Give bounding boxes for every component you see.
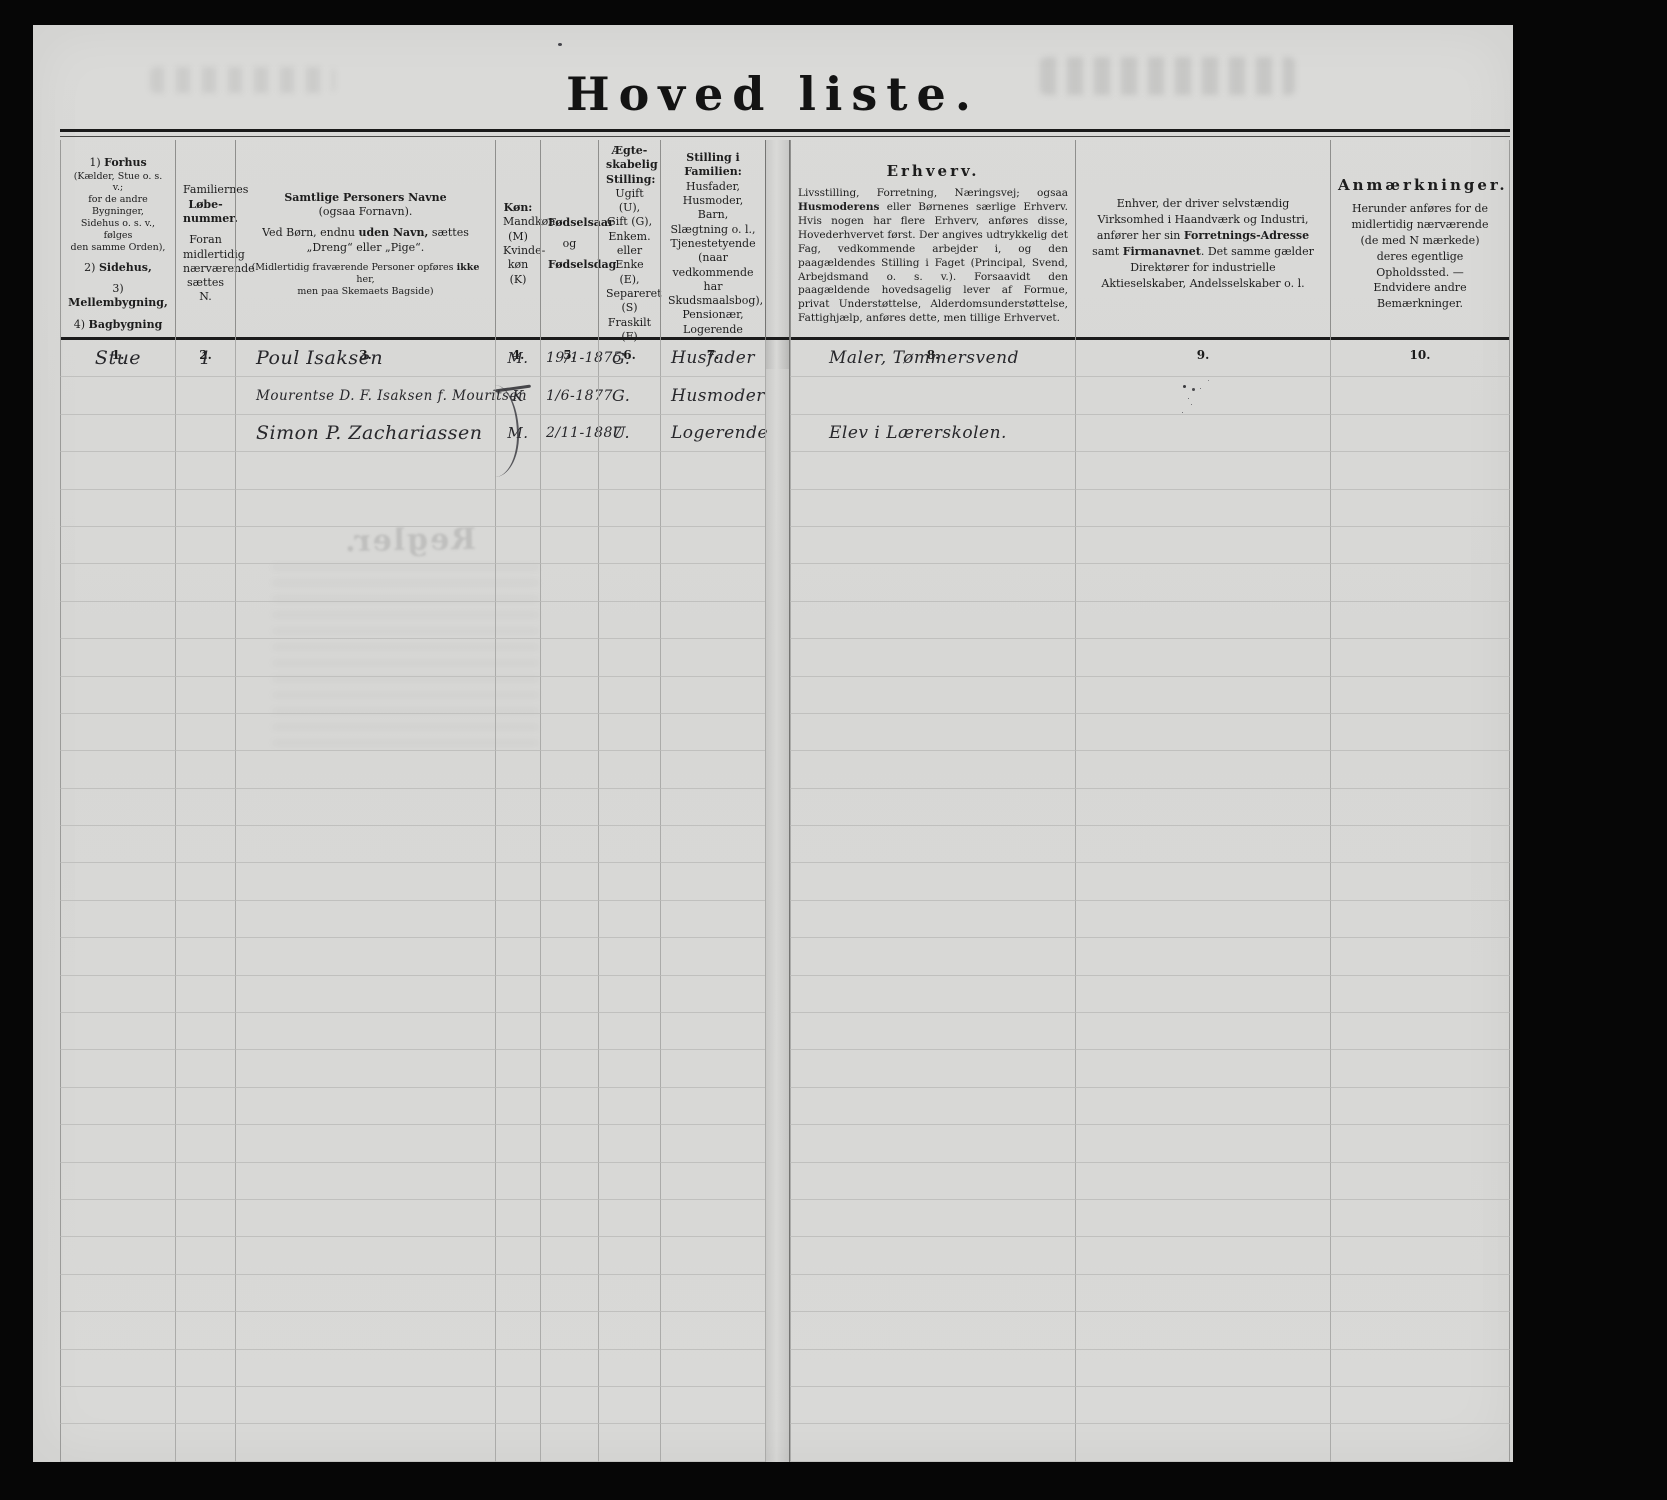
table-cell	[790, 1350, 1075, 1387]
table-cell	[1330, 1237, 1510, 1274]
header-text: (Midlertidig fraværende Personer opføres	[252, 262, 457, 273]
table-cell	[540, 1013, 598, 1050]
table-cell	[790, 789, 1075, 826]
table-cell	[1330, 415, 1510, 452]
table-cell	[175, 826, 235, 863]
table-cell	[598, 1125, 660, 1162]
header-text: har Skudsmaalsbog),	[668, 280, 763, 307]
table-row	[60, 751, 1510, 788]
page-fold	[765, 901, 790, 938]
table-cell	[1075, 564, 1330, 601]
table-row: Simon P. ZachariassenM.2/11-1887U.Logere…	[60, 415, 1510, 452]
table-cell	[660, 1013, 765, 1050]
table-cell	[60, 1125, 175, 1162]
table-cell	[790, 1312, 1075, 1349]
column-header-content: 1) Forhus(Kælder, Stue o. s. v.;for de a…	[61, 140, 175, 348]
table-cell	[60, 751, 175, 788]
table-cell	[235, 527, 495, 564]
table-cell	[1330, 602, 1510, 639]
table-row	[60, 1350, 1510, 1387]
table-cell	[1330, 677, 1510, 714]
table-cell	[1330, 1125, 1510, 1162]
table-cell	[495, 1200, 540, 1237]
table-cell	[790, 1237, 1075, 1274]
table-cell	[540, 826, 598, 863]
table-cell	[1330, 1163, 1510, 1200]
table-cell	[598, 901, 660, 938]
table-cell	[660, 1163, 765, 1200]
header-line: (Kælder, Stue o. s. v.;	[68, 171, 168, 195]
header-text: Enke (E),	[615, 258, 643, 285]
table-cell	[60, 1312, 175, 1349]
table-row	[60, 602, 1510, 639]
table-cell	[1075, 340, 1330, 377]
table-cell	[660, 1237, 765, 1274]
table-cell	[540, 527, 598, 564]
header-line: 2) Sidehus,	[68, 261, 168, 275]
table-cell	[60, 976, 175, 1013]
table-cell	[598, 564, 660, 601]
column-header-1: 1) Forhus(Kælder, Stue o. s. v.;for de a…	[60, 140, 175, 369]
table-cell	[495, 677, 540, 714]
table-cell	[540, 639, 598, 676]
table-cell	[1075, 677, 1330, 714]
table-cell	[540, 490, 598, 527]
table-cell	[60, 377, 175, 414]
header-line: skabelig	[606, 158, 653, 172]
table-cell	[660, 789, 765, 826]
table-cell	[790, 1163, 1075, 1200]
header-text: Kvinde-	[503, 244, 545, 257]
table-cell	[660, 938, 765, 975]
table-cell	[60, 602, 175, 639]
table-cell	[540, 1387, 598, 1424]
table-cell	[60, 677, 175, 714]
table-cell	[540, 602, 598, 639]
ink-speck	[1183, 385, 1186, 388]
table-cell	[660, 1050, 765, 1087]
table-cell	[1075, 826, 1330, 863]
table-cell: Simon P. Zachariassen	[235, 415, 495, 452]
table-cell	[1330, 714, 1510, 751]
header-text: Herunder anføres for de midlertidig nærv…	[1352, 202, 1489, 311]
table-cell	[598, 490, 660, 527]
table-cell	[790, 452, 1075, 489]
header-line: Tjenestetyende	[668, 237, 758, 251]
table-cell	[790, 527, 1075, 564]
table-cell	[540, 1350, 598, 1387]
header-text: eller Børnenes særlige Erhverv. Hvis nog…	[798, 201, 1068, 325]
header-line: Enke (E),	[606, 258, 653, 287]
column-description: Livsstilling, Forretning, Næringsvej; og…	[798, 187, 1068, 327]
table-cell	[235, 1237, 495, 1274]
header-text: (S)	[621, 301, 637, 314]
column-header-content: FamiliernesLøbe-nummer.Foranmidlertidign…	[176, 140, 235, 348]
table-cell	[1075, 714, 1330, 751]
header-line: „Dreng“ eller „Pige“.	[243, 241, 488, 255]
table-row	[60, 863, 1510, 900]
header-line: Fødselsaar	[548, 216, 591, 230]
table-cell	[598, 527, 660, 564]
table-cell	[235, 602, 495, 639]
header-line: 1) Forhus	[68, 156, 168, 170]
page-fold	[765, 1163, 790, 1200]
header-text-bold: nummer.	[183, 212, 238, 225]
table-cell	[175, 901, 235, 938]
table-cell	[598, 1424, 660, 1461]
header-text: Separeret	[606, 287, 662, 300]
table-cell	[175, 1312, 235, 1349]
header-line: for de andre Bygninger,	[68, 194, 168, 218]
table-cell: Poul Isaksen	[235, 340, 495, 377]
header-text: Pensionær, Logerende	[682, 308, 743, 335]
page-fold	[765, 415, 790, 452]
table-cell	[495, 976, 540, 1013]
table-cell	[495, 1350, 540, 1387]
column-title: Erhverv.	[798, 162, 1068, 180]
column-header-content: Ægte-skabeligStilling:Ugift (U),Gift (G)…	[599, 140, 660, 348]
header-line: midlertidig	[183, 248, 228, 262]
page-fold	[765, 714, 790, 751]
header-text: Barn, Slægtning o. l.,	[670, 208, 755, 235]
table-cell	[60, 1275, 175, 1312]
header-text-bold: Samtlige Personers Navne	[284, 191, 446, 204]
table-cell	[495, 714, 540, 751]
header-text-bold: Bagbygning	[89, 318, 163, 331]
header-line: Foran	[183, 233, 228, 247]
table-cell	[790, 1088, 1075, 1125]
column-header-content: Køn:Mandkøn(M)Kvinde-køn (K)	[496, 140, 540, 348]
table-cell	[660, 826, 765, 863]
table-cell	[175, 452, 235, 489]
header-text: Ved Børn, endnu	[262, 226, 358, 239]
table-cell	[235, 677, 495, 714]
column-description: Enhver, der driver selvstændig Virksomhe…	[1083, 196, 1323, 292]
table-cell	[598, 602, 660, 639]
table-cell	[790, 1013, 1075, 1050]
table-cell	[60, 1387, 175, 1424]
table-cell	[60, 490, 175, 527]
table-row	[60, 490, 1510, 527]
page-fold	[765, 1312, 790, 1349]
table-cell	[1075, 1312, 1330, 1349]
table-cell	[660, 564, 765, 601]
handwritten-entry: Logerende	[671, 423, 768, 443]
header-line: Familiernes	[183, 183, 228, 197]
page-fold	[765, 938, 790, 975]
column-header-8: Erhverv.Livsstilling, Forretning, Næring…	[790, 140, 1075, 369]
handwritten-entry: Elev i Lærerskolen.	[829, 423, 1007, 443]
table-cell	[235, 1200, 495, 1237]
handwritten-entry: G.	[612, 349, 630, 368]
table-cell: U.	[598, 415, 660, 452]
header-line: Kvinde-	[503, 244, 533, 258]
table-cell	[540, 452, 598, 489]
table-cell	[1075, 751, 1330, 788]
table-cell	[175, 677, 235, 714]
column-header-2: FamiliernesLøbe-nummer.Foranmidlertidign…	[175, 140, 235, 369]
header-line: (M)	[503, 230, 533, 244]
table-cell: Maler, Tømmersvend	[790, 340, 1075, 377]
table-cell	[495, 901, 540, 938]
table-cell	[175, 415, 235, 452]
table-cell	[598, 1237, 660, 1274]
header-text: køn (K)	[508, 258, 528, 285]
table-row	[60, 1200, 1510, 1237]
table-cell	[60, 826, 175, 863]
column-header-content: Anmærkninger.Herunder anføres for de mid…	[1331, 140, 1509, 348]
table-cell: Elev i Lærerskolen.	[790, 415, 1075, 452]
table-cell: Logerende	[660, 415, 765, 452]
table-cell	[235, 938, 495, 975]
column-title: Anmærkninger.	[1338, 176, 1502, 194]
page-fold	[765, 1387, 790, 1424]
page-fold	[765, 1200, 790, 1237]
header-text-bold: uden Navn,	[358, 226, 428, 239]
table-cell	[790, 602, 1075, 639]
table-cell: Husfader	[660, 340, 765, 377]
table-cell	[175, 527, 235, 564]
table-cell	[660, 1350, 765, 1387]
table-cell	[598, 863, 660, 900]
table-cell	[598, 1013, 660, 1050]
table-cell	[495, 789, 540, 826]
header-text: men paa Skemaets Bagside)	[297, 286, 433, 297]
header-text: 2)	[84, 261, 99, 274]
page-fold	[765, 140, 790, 369]
handwritten-entry: Poul Isaksen	[256, 347, 383, 369]
table-row	[60, 1387, 1510, 1424]
page-fold	[765, 602, 790, 639]
table-cell	[235, 789, 495, 826]
table-cell	[598, 1275, 660, 1312]
handwritten-entry: U.	[612, 423, 630, 442]
table-row	[60, 639, 1510, 676]
table-cell	[1075, 1424, 1330, 1461]
header-line: har Skudsmaalsbog),	[668, 280, 758, 309]
header-line: Enkem. eller	[606, 230, 653, 259]
table-cell	[790, 677, 1075, 714]
table-cell	[540, 1163, 598, 1200]
table-cell	[790, 564, 1075, 601]
header-line: Stilling:	[606, 173, 653, 187]
table-row	[60, 1424, 1510, 1461]
table-cell	[540, 1237, 598, 1274]
handwritten-entry: M.	[507, 349, 528, 367]
table-cell	[175, 377, 235, 414]
table-cell	[60, 863, 175, 900]
page-fold	[765, 1350, 790, 1387]
table-row	[60, 714, 1510, 751]
table-cell	[175, 1125, 235, 1162]
table-cell	[60, 1088, 175, 1125]
table-cell	[60, 938, 175, 975]
header-text-bold: skabelig	[606, 158, 658, 171]
table-cell	[660, 1424, 765, 1461]
table-cell	[660, 976, 765, 1013]
table-cell	[660, 863, 765, 900]
table-cell	[1075, 602, 1330, 639]
table-cell	[1330, 639, 1510, 676]
table-cell	[495, 1088, 540, 1125]
table-cell	[60, 789, 175, 826]
table-cell	[495, 564, 540, 601]
header-line: Pensionær, Logerende	[668, 308, 758, 337]
page-fold	[765, 527, 790, 564]
table-cell	[790, 490, 1075, 527]
table-cell	[790, 901, 1075, 938]
table-cell	[495, 863, 540, 900]
page-title: Hoved liste.	[33, 67, 1513, 121]
table-cell	[540, 1050, 598, 1087]
table-cell	[1330, 564, 1510, 601]
table-row: Stue1Poul IsaksenM.19/1-1875G.HusfaderMa…	[60, 340, 1510, 377]
table-row	[60, 1088, 1510, 1125]
header-text: den samme Orden),	[71, 242, 166, 253]
table-cell	[598, 452, 660, 489]
table-cell	[1075, 863, 1330, 900]
table-cell	[235, 976, 495, 1013]
table-cell	[1330, 938, 1510, 975]
table-header: 1) Forhus(Kælder, Stue o. s. v.;for de a…	[60, 140, 1510, 340]
table-row	[60, 1013, 1510, 1050]
document-page: Regler. Hoved liste. 1) Forhus(Kælder, S…	[33, 25, 1513, 1462]
table-cell	[235, 564, 495, 601]
table-cell	[495, 602, 540, 639]
header-text: (naar vedkommende	[672, 251, 753, 278]
table-cell	[495, 1424, 540, 1461]
table-cell	[1330, 1424, 1510, 1461]
header-text: (Kælder, Stue o. s. v.;	[74, 171, 163, 194]
column-header-7: Stilling i Familien:Husfader, Husmoder,B…	[660, 140, 765, 369]
handwritten-entry: Husfader	[671, 348, 755, 368]
table-cell	[495, 1050, 540, 1087]
table-row	[60, 527, 1510, 564]
table-cell	[495, 1275, 540, 1312]
page-fold	[765, 677, 790, 714]
header-text: Enkem. eller	[608, 230, 650, 257]
table-cell	[495, 1387, 540, 1424]
header-text-bold: Forhus	[104, 156, 147, 169]
header-line: Køn:	[503, 201, 533, 215]
header-text: Foran	[189, 233, 222, 246]
table-cell	[660, 1387, 765, 1424]
column-header-6: Ægte-skabeligStilling:Ugift (U),Gift (G)…	[598, 140, 660, 369]
header-line: (ogsaa Fornavn).	[243, 205, 488, 219]
table-cell	[235, 826, 495, 863]
table-cell	[540, 1424, 598, 1461]
table-row	[60, 1163, 1510, 1200]
header-text: 3)	[112, 282, 123, 295]
table-row	[60, 976, 1510, 1013]
header-text-bold: Forretnings-Adresse	[1184, 229, 1309, 242]
header-text-bold: Stilling:	[606, 173, 656, 186]
header-line: (Midlertidig fraværende Personer opføres…	[243, 262, 488, 286]
table-cell	[790, 1050, 1075, 1087]
column-header-10: Anmærkninger.Herunder anføres for de mid…	[1330, 140, 1510, 369]
table-cell	[1075, 1125, 1330, 1162]
page-fold	[765, 1237, 790, 1274]
table-cell	[790, 938, 1075, 975]
header-text-bold: Stilling i Familien:	[684, 151, 742, 178]
table-row	[60, 1312, 1510, 1349]
table-cell	[1330, 1312, 1510, 1349]
handwritten-entry: 1	[200, 348, 212, 369]
table-cell	[660, 1088, 765, 1125]
table-cell	[790, 1125, 1075, 1162]
page-fold	[765, 976, 790, 1013]
table-row	[60, 1050, 1510, 1087]
table-cell	[1330, 826, 1510, 863]
table-cell	[540, 976, 598, 1013]
table-cell	[175, 1387, 235, 1424]
page-fold	[765, 751, 790, 788]
handwritten-entry: Maler, Tømmersvend	[829, 348, 1019, 368]
header-text: 1)	[89, 156, 104, 169]
table-cell	[1075, 1163, 1330, 1200]
table-cell	[790, 714, 1075, 751]
table-cell	[598, 1200, 660, 1237]
table-cell	[1330, 1350, 1510, 1387]
header-text: sættes N.	[187, 276, 224, 303]
table-cell	[660, 1312, 765, 1349]
page-fold	[765, 564, 790, 601]
column-header-content: Erhverv.Livsstilling, Forretning, Næring…	[791, 140, 1075, 348]
header-line: Samtlige Personers Navne	[243, 191, 488, 205]
table-cell: Husmoder	[660, 377, 765, 414]
table-cell	[540, 1200, 598, 1237]
table-cell	[790, 1424, 1075, 1461]
table-cell	[495, 1125, 540, 1162]
page-fold	[765, 1088, 790, 1125]
header-text-bold: Ægte-	[612, 144, 648, 157]
table-cell	[60, 1013, 175, 1050]
table-cell	[175, 714, 235, 751]
table-row	[60, 826, 1510, 863]
header-text: (M)	[508, 230, 528, 243]
table-cell	[60, 901, 175, 938]
scanned-census-page: { "page": { "title": "Hoved liste.", "gh…	[0, 0, 1667, 1500]
table-cell	[60, 1350, 175, 1387]
table-cell	[540, 863, 598, 900]
header-line: sættes N.	[183, 276, 228, 305]
column-header-9: Enhver, der driver selvstændig Virksomhe…	[1075, 140, 1330, 369]
table-cell	[1330, 527, 1510, 564]
page-fold	[765, 1050, 790, 1087]
header-text: 4)	[74, 318, 89, 331]
header-text: (ogsaa Fornavn).	[319, 205, 413, 218]
table-cell	[598, 677, 660, 714]
table-cell	[660, 1275, 765, 1312]
table-cell	[235, 490, 495, 527]
header-line: og	[548, 237, 591, 251]
table-cell	[495, 1013, 540, 1050]
page-fold	[765, 452, 790, 489]
table-cell	[598, 826, 660, 863]
header-line: Gift (G),	[606, 215, 653, 229]
table-cell: Stue	[60, 340, 175, 377]
table-cell	[1330, 789, 1510, 826]
table-cell	[1330, 340, 1510, 377]
table-cell	[1075, 789, 1330, 826]
table-cell	[175, 976, 235, 1013]
header-line: Stilling i Familien:	[668, 151, 758, 180]
handwritten-entry: Husmoder	[671, 386, 765, 406]
table-cell	[235, 1424, 495, 1461]
table-cell	[60, 527, 175, 564]
table-cell	[495, 938, 540, 975]
page-fold	[765, 490, 790, 527]
